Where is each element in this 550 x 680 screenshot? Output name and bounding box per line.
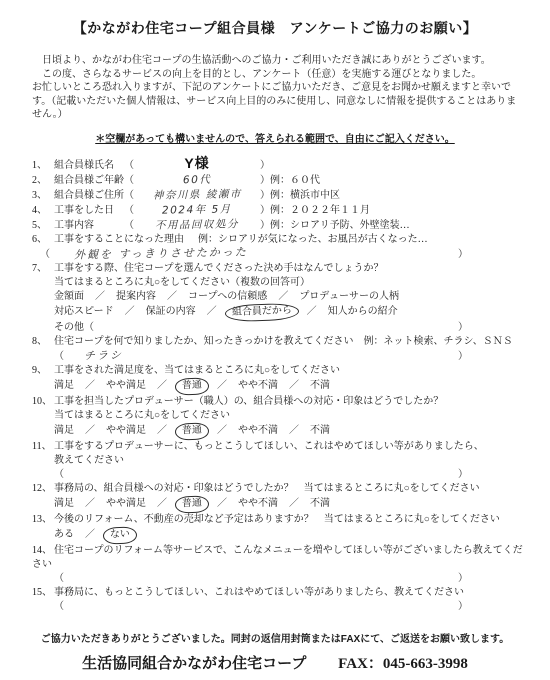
q14-text-line2-row: さい: [32, 558, 518, 572]
paren-open: （: [124, 219, 134, 233]
q14-text-line1: 住宅コープのリフォーム等サービスで、こんなメニューを増やしてほしい等がございまし…: [54, 544, 523, 558]
q3-example: 例：横浜市中区: [270, 189, 340, 203]
option-separator: ／: [207, 305, 217, 319]
q2-answer-field: 60代: [134, 173, 260, 188]
option-somewhat-dissatisfied: やや不満: [238, 497, 278, 511]
construction-content-handwritten-value: 不用品回収処分: [155, 217, 239, 232]
paren-close: ）: [458, 468, 468, 482]
age-handwritten-value: 60代: [183, 172, 212, 186]
question-3-row: 3、 組合員様ご住所 （ 神奈川県 綾瀬市 ） 例：横浜市中区: [32, 188, 518, 203]
q11-answer-row: （ ）: [54, 468, 468, 482]
paren-close: ）: [458, 572, 468, 586]
question-14-row: 14、 住宅コープのリフォーム等サービスで、こんなメニューを増やしてほしい等がご…: [32, 544, 518, 558]
intro-line-3: お忙しいところ恐れ入りますが、下記のアンケートにご協力いただき、ご意見をお聞かせ…: [32, 81, 518, 95]
q7-text-line1: 工事をする際、住宅コープを選んでくださった決め手はなんでしょうか？: [54, 262, 384, 276]
option-neutral: 普通: [182, 379, 202, 391]
option-separator: ／: [85, 497, 95, 511]
option-guarantee: 保証の内容: [146, 305, 196, 319]
question-7-row: 7、 工事をする際、住宅コープを選んでくださった決め手はなんでしょうか？: [32, 262, 518, 276]
paren-open: （: [124, 189, 134, 203]
option-separator: ／: [217, 497, 227, 511]
q7-other-label: その他: [54, 321, 84, 335]
option-referral: 知人からの紹介: [328, 305, 398, 319]
q9-number: 9、: [32, 364, 54, 378]
option-member: 組合員だから: [231, 304, 291, 317]
q8-example: 例：ネット検索、チラシ、ＳＮＳ: [364, 335, 513, 349]
q14-answer-row: （ ）: [54, 572, 468, 586]
paren-close: ）: [458, 248, 468, 262]
q5-example: 例：シロアリ予防、外壁塗装…: [270, 219, 410, 233]
reason-handwritten-value: 外観を すっきりさせたかった: [74, 245, 248, 262]
option-no-plans: ない: [110, 528, 130, 540]
option-yes-plans: ある: [54, 528, 74, 542]
q15-answer-row: （ ）: [54, 600, 468, 614]
intro-line-2: この度、さらなるサービスの向上を目的とし、アンケート（任意）を実施する運びとなり…: [32, 68, 518, 82]
intro-line-1: 日頃より、かながわ住宅コープの生協活動へのご協力・ご利用いただき誠にありがとうご…: [32, 54, 518, 68]
question-5-row: 5、 工事内容 （ 不用品回収処分 ） 例：シロアリ予防、外壁塗装…: [32, 218, 518, 233]
q12-text: 事務局の、組合員様への対応・印象はどうでしたか？ 当てはまるところに丸○をしてく…: [54, 482, 480, 496]
q10-text-line1: 工事を担当したプロデューサー（職人）の、組合員様への対応・印象はどうでしたか？: [54, 395, 443, 409]
paren-open: （: [40, 248, 50, 262]
q4-number: 4、: [32, 204, 54, 218]
intro-line-5: せん。）: [32, 108, 518, 122]
paren-close: ）: [458, 350, 468, 364]
q11-text-line2-row: 教えてください: [54, 454, 518, 468]
q11-number: 11、: [32, 440, 54, 454]
question-15-row: 15、 事務局に、もっとこうしてほしい、これはやめてほしい等がありましたら、教え…: [32, 586, 518, 600]
question-1-row: 1、 組合員様氏名 （ Y様 ）: [32, 156, 518, 173]
question-6-row: 6、 工事をすることになった理由 例：シロアリが気になった、お風呂が古くなった…: [32, 233, 518, 247]
q11-text-line2: 教えてください: [54, 454, 124, 468]
paren-open: （: [124, 204, 134, 218]
q3-number: 3、: [32, 189, 54, 203]
option-proposal: 提案内容: [116, 290, 156, 304]
q10-text-line2-row: 当てはまるところに丸○をしてください: [54, 409, 518, 423]
paren-close: ）: [260, 189, 270, 203]
q7-other-row: その他 （ ）: [54, 321, 468, 335]
option-separator: ／: [157, 379, 167, 393]
handwritten-circle-mark: ない: [103, 526, 138, 544]
how-found-handwritten-value: チラシ: [84, 348, 123, 363]
q8-answer-row: （ チラシ ）: [54, 349, 468, 364]
option-price: 金額面: [54, 290, 84, 304]
q8-number: 8、: [32, 335, 54, 349]
paren-open: （: [54, 350, 64, 364]
handwritten-circle-mark: 普通: [175, 495, 210, 513]
intro-paragraph: 日頃より、かながわ住宅コープの生協活動へのご協力・ご利用いただき誠にありがとうご…: [32, 54, 518, 122]
option-satisfied: 満足: [54, 497, 74, 511]
fax-number: FAX：045-663-3998: [338, 656, 468, 672]
q9-text: 工事をされた満足度を、当てはまるところに丸○をしてください: [54, 364, 340, 378]
q14-text-line2: さい: [32, 558, 52, 572]
q7-text-line2-row: 当てはまるところに丸○をしてください（複数の回答可）: [54, 276, 518, 290]
q4-example: 例：２０２２年１１月: [270, 204, 370, 218]
member-name-value: Y様: [184, 155, 209, 171]
question-4-row: 4、 工事をした日 （ 2024年 5月 ） 例：２０２２年１１月: [32, 203, 518, 218]
option-dissatisfied: 不満: [310, 424, 330, 438]
option-dissatisfied: 不満: [310, 497, 330, 511]
paren-open: （: [124, 174, 134, 188]
option-separator: ／: [278, 290, 288, 304]
option-producer-character: プロデューサーの人柄: [299, 290, 399, 304]
option-separator: ／: [95, 290, 105, 304]
q7-options-row-1: 金額面 ／ 提案内容 ／ コープへの信頼感 ／ プロデューサーの人柄: [54, 290, 518, 304]
question-10-row: 10、 工事を担当したプロデューサー（職人）の、組合員様への対応・印象はどうでし…: [32, 395, 518, 409]
survey-document: 【かながわ住宅コープ組合員様 アンケートご協力のお願い】 日頃より、かながわ住宅…: [0, 0, 550, 673]
q11-text-line1: 工事をするプロデューサーに、もっとこうしてほしい、これはやめてほしい等がありまし…: [54, 440, 484, 454]
option-neutral: 普通: [182, 424, 202, 436]
q5-label: 工事内容: [54, 219, 124, 233]
construction-date-handwritten-value: 2024年 5月: [162, 202, 232, 217]
q12-options-row: 満足 ／ やや満足 ／ 普通 ／ やや不満 ／ 不満: [54, 496, 518, 513]
option-somewhat-satisfied: やや満足: [106, 424, 146, 438]
q4-answer-field: 2024年 5月: [134, 203, 260, 218]
footer-thanks-line: ご協力いただきありがとうございました。同封の返信用封筒またはFAXにて、ご返送を…: [32, 630, 518, 645]
handwritten-circle-mark: 普通: [175, 377, 210, 395]
q6-number: 6、: [32, 233, 54, 247]
q10-options-row: 満足 ／ やや満足 ／ 普通 ／ やや不満 ／ 不満: [54, 423, 518, 440]
paren-close: ）: [458, 321, 468, 335]
q7-options-row-2: 対応スピード ／ 保証の内容 ／ 組合員だから ／ 知人からの紹介: [54, 304, 518, 321]
q3-answer-field: 神奈川県 綾瀬市: [134, 188, 260, 203]
q1-label: 組合員様氏名: [54, 159, 124, 173]
q6-label: 工事をすることになった理由: [54, 233, 184, 247]
option-separator: ／: [157, 424, 167, 438]
option-dissatisfied: 不満: [310, 379, 330, 393]
intro-line-4: す。（記載いただいた個人情報は、サービス向上目的のみに使用し、同意なしに情報を提…: [32, 95, 518, 109]
paren-close: ）: [260, 174, 270, 188]
q5-answer-field: 不用品回収処分: [134, 218, 260, 233]
paren-open: （: [124, 159, 134, 173]
q2-number: 2、: [32, 174, 54, 188]
option-somewhat-dissatisfied: やや不満: [238, 424, 278, 438]
q1-answer-field: Y様: [134, 156, 260, 173]
q9-options-row: 満足 ／ やや満足 ／ 普通 ／ やや不満 ／ 不満: [54, 378, 518, 395]
q3-label: 組合員様ご住所: [54, 189, 124, 203]
paren-open: （: [84, 321, 94, 335]
option-separator: ／: [217, 379, 227, 393]
q12-number: 12、: [32, 482, 54, 496]
option-separator: ／: [167, 290, 177, 304]
option-separator: ／: [289, 497, 299, 511]
q13-text: 今後のリフォーム、不動産の売却など予定はありますか？ 当てはまるところに丸○をし…: [54, 513, 500, 527]
question-11-row: 11、 工事をするプロデューサーに、もっとこうしてほしい、これはやめてほしい等が…: [32, 440, 518, 454]
option-somewhat-satisfied: やや満足: [106, 379, 146, 393]
q5-number: 5、: [32, 219, 54, 233]
q10-number: 10、: [32, 395, 54, 409]
question-2-row: 2、 組合員様ご年齢 （ 60代 ） 例：６０代: [32, 173, 518, 188]
option-trust: コープへの信頼感: [188, 290, 267, 304]
option-somewhat-satisfied: やや満足: [106, 497, 146, 511]
organization-name: 生活協同組合かながわ住宅コープ: [82, 656, 306, 672]
option-satisfied: 満足: [54, 379, 74, 393]
fill-in-note: ＊空欄があっても構いませんので、答えられる範囲で、自由にご記入ください。: [32, 130, 518, 145]
option-somewhat-dissatisfied: やや不満: [238, 379, 278, 393]
document-title: 【かながわ住宅コープ組合員様 アンケートご協力のお願い】: [32, 18, 518, 38]
handwritten-circle-mark: 組合員だから: [224, 302, 299, 322]
q2-label: 組合員様ご年齢: [54, 174, 124, 188]
question-9-row: 9、 工事をされた満足度を、当てはまるところに丸○をしてください: [32, 364, 518, 378]
paren-open: （: [54, 600, 64, 614]
footer-org-row: 生活協同組合かながわ住宅コープ FAX：045-663-3998: [32, 652, 518, 673]
option-separator: ／: [125, 305, 135, 319]
q2-example: 例：６０代: [270, 174, 320, 188]
question-12-row: 12、 事務局の、組合員様への対応・印象はどうでしたか？ 当てはまるところに丸○…: [32, 482, 518, 496]
address-handwritten-value: 神奈川県 綾瀬市: [152, 187, 241, 203]
q15-text: 事務局に、もっとこうしてほしい、これはやめてほしい等がありましたら、教えてくださ…: [54, 586, 464, 600]
q15-number: 15、: [32, 586, 54, 600]
q10-text-line2: 当てはまるところに丸○をしてください: [54, 409, 230, 423]
paren-close: ）: [260, 204, 270, 218]
paren-open: （: [54, 468, 64, 482]
q13-number: 13、: [32, 513, 54, 527]
option-separator: ／: [307, 305, 317, 319]
q6-answer-row: （ 外観を すっきりさせたかった ）: [40, 247, 468, 262]
question-8-row: 8、 住宅コープを何で知りましたか、知ったきっかけを教えてください 例：ネット検…: [32, 335, 518, 349]
option-speed: 対応スピード: [54, 305, 114, 319]
option-separator: ／: [217, 424, 227, 438]
paren-close: ）: [260, 219, 270, 233]
paren-close: ）: [458, 600, 468, 614]
q13-options-row: ある ／ ない: [54, 527, 518, 544]
handwritten-circle-mark: 普通: [175, 422, 210, 440]
option-separator: ／: [85, 424, 95, 438]
q1-number: 1、: [32, 159, 54, 173]
paren-close: ）: [260, 159, 270, 173]
option-neutral: 普通: [182, 497, 202, 509]
option-satisfied: 満足: [54, 424, 74, 438]
option-separator: ／: [85, 379, 95, 393]
q7-text-line2: 当てはまるところに丸○をしてください（複数の回答可）: [54, 276, 310, 290]
option-separator: ／: [289, 424, 299, 438]
q7-number: 7、: [32, 262, 54, 276]
paren-open: （: [54, 572, 64, 586]
question-13-row: 13、 今後のリフォーム、不動産の売却など予定はありますか？ 当てはまるところに…: [32, 513, 518, 527]
option-separator: ／: [85, 528, 95, 542]
q14-number: 14、: [32, 544, 54, 558]
option-separator: ／: [289, 379, 299, 393]
option-separator: ／: [157, 497, 167, 511]
q4-label: 工事をした日: [54, 204, 124, 218]
q6-example: 例：シロアリが気になった、お風呂が古くなった…: [198, 233, 428, 247]
q8-text: 住宅コープを何で知りましたか、知ったきっかけを教えてください: [54, 335, 354, 349]
